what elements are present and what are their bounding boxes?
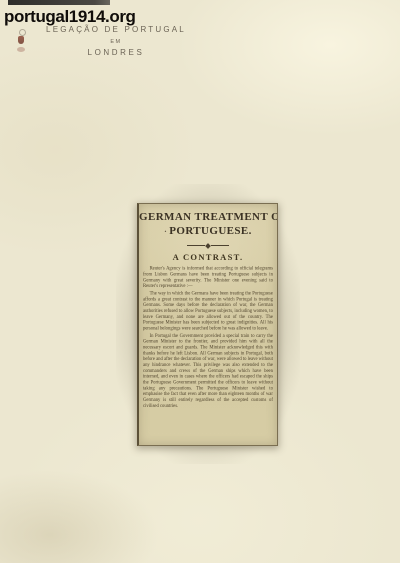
crest-base-mark: [17, 47, 25, 52]
clipping-headline: GERMAN TREATMENT OF ·PORTUGUESE.: [139, 210, 277, 239]
crest-circle-mark: [19, 29, 26, 36]
letterhead-city-line: LONDRES: [36, 48, 196, 57]
divider-line-left: [187, 245, 205, 246]
crest-shield-mark: [18, 36, 24, 44]
clipping-paragraph-3: In Portugal the Government provided a sp…: [143, 333, 273, 409]
letterhead-legation-line: LEGAÇÃO DE PORTUGAL: [36, 25, 196, 34]
crest-emblem: [16, 28, 28, 56]
news-clipping: GERMAN TREATMENT OF ·PORTUGUESE. A CONTR…: [137, 203, 278, 446]
scanned-letter-page: portugal1914.org LEGAÇÃO DE PORTUGAL EM …: [0, 0, 400, 563]
letterhead-em-line: EM: [36, 39, 196, 45]
clipping-paragraph-2: The way in which the Germans have been t…: [143, 291, 273, 332]
divider-line-right: [211, 245, 229, 246]
clipping-paragraph-1: Reuter's Agency is informed that accordi…: [143, 266, 273, 289]
divider-diamond: [205, 243, 211, 249]
headline-line1: GERMAN TREATMENT OF: [139, 211, 278, 223]
clipping-subhead: A CONTRAST.: [139, 252, 277, 262]
letterhead: LEGAÇÃO DE PORTUGAL EM LONDRES: [36, 25, 196, 57]
headline-line2: PORTUGUESE.: [169, 225, 252, 237]
scan-edge-bar: [8, 0, 110, 5]
headline-ornament: ·: [164, 227, 167, 236]
headline-divider: [187, 243, 229, 248]
clipping-body: Reuter's Agency is informed that accordi…: [143, 266, 273, 409]
site-watermark: portugal1914.org: [4, 7, 136, 27]
